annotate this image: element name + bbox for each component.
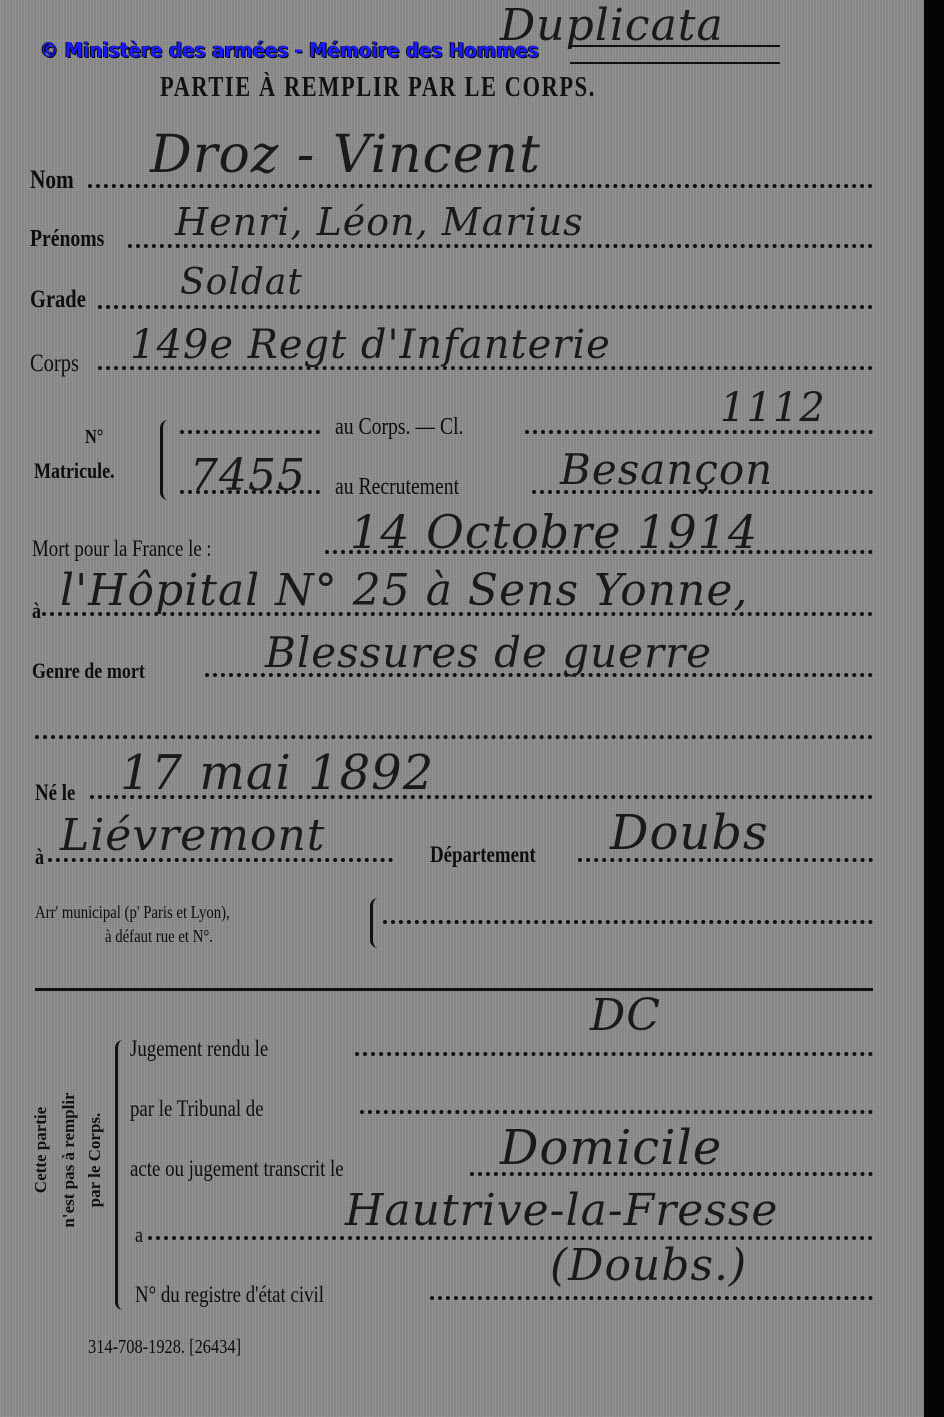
arrondissement-label-line1: Arr' municipal (p' Paris et Lyon), [35,902,230,923]
transcrit-label: acte ou jugement transcrit le [130,1156,344,1182]
lieu-mort-label: à [32,598,41,624]
duplicata-underline-2 [570,62,780,64]
naissance-label: Né le [35,780,75,806]
mort-value: 14 Octobre 1914 [350,505,758,559]
corps-label: Corps [30,350,79,378]
classe-value: 1112 [720,385,826,431]
genre-mort-value: Blessures de guerre [265,628,712,677]
lieu-mort-value: l'Hôpital N° 25 à Sens Yonne, [60,565,748,616]
duplicata-underline [570,45,780,47]
registre-value: (Doubs.) [550,1240,747,1291]
nom-value: Droz - Vincent [150,125,541,185]
a-line [148,1236,873,1240]
duplicata-annotation: Duplicata [500,0,724,51]
mort-label: Mort pour la France le : [32,536,212,562]
jugement-rendu-label: Jugement rendu le [130,1036,268,1062]
footer-code: 314-708-1928. [26434] [88,1336,241,1359]
naissance-value: 17 mai 1892 [120,745,434,801]
jugement-rendu-line [355,1052,873,1056]
tribunal-label: par le Tribunal de [130,1096,264,1122]
au-corps-number-line [180,430,320,434]
grade-label: Grade [30,286,86,314]
matricule-number-value: 7455 [190,450,306,501]
a-value: Hautrive-la-Fresse [345,1185,778,1236]
form-title: PARTIE À REMPLIR PAR LE CORPS. [160,72,596,104]
scan-edge [924,0,944,1417]
matricule-brace [160,420,171,500]
a-label: a [135,1222,143,1248]
arrondissement-line [383,920,873,924]
grade-value: Soldat [180,262,303,303]
blank-line-1 [35,735,873,739]
au-corps-label: au Corps. — Cl. [335,414,463,441]
lieu-naissance-label: à [35,844,44,870]
genre-mort-label: Genre de mort [32,658,145,684]
registre-label: N° du registre d'état civil [135,1282,324,1308]
tribunal-line [360,1110,873,1114]
lieu-naissance-value: Liévremont [60,810,326,861]
numero-label: N° [85,426,103,449]
arrondissement-brace [370,898,379,948]
side-note-line1: Cette partie [32,1040,50,1260]
arrondissement-label-line2: à défaut rue et N°. [105,926,213,947]
corps-value: 149e Regt d'Infanterie [130,322,611,368]
nom-label: Nom [30,165,74,195]
side-note-line3: par le Corps. [86,1080,104,1240]
jugement-brace [115,1040,126,1310]
prenoms-label: Prénoms [30,226,104,253]
departement-label: Département [430,842,536,868]
separator-line [35,988,873,991]
grade-line [98,305,873,309]
prenoms-line [128,244,873,248]
transcrit-value: Domicile [500,1120,722,1176]
registre-line [430,1296,873,1300]
recrutement-value: Besançon [560,445,773,494]
copyright-watermark: © Ministère des armées - Mémoire des Hom… [40,38,539,62]
document-page: © Ministère des armées - Mémoire des Hom… [0,0,924,1417]
dc-annotation: DC [590,990,661,1041]
prenoms-value: Henri, Léon, Marius [175,200,584,244]
matricule-label: Matricule. [34,458,115,484]
departement-value: Doubs [610,805,769,861]
au-recrutement-label: au Recrutement [335,474,459,501]
side-note-line2: n'est pas à remplir [60,1050,78,1270]
